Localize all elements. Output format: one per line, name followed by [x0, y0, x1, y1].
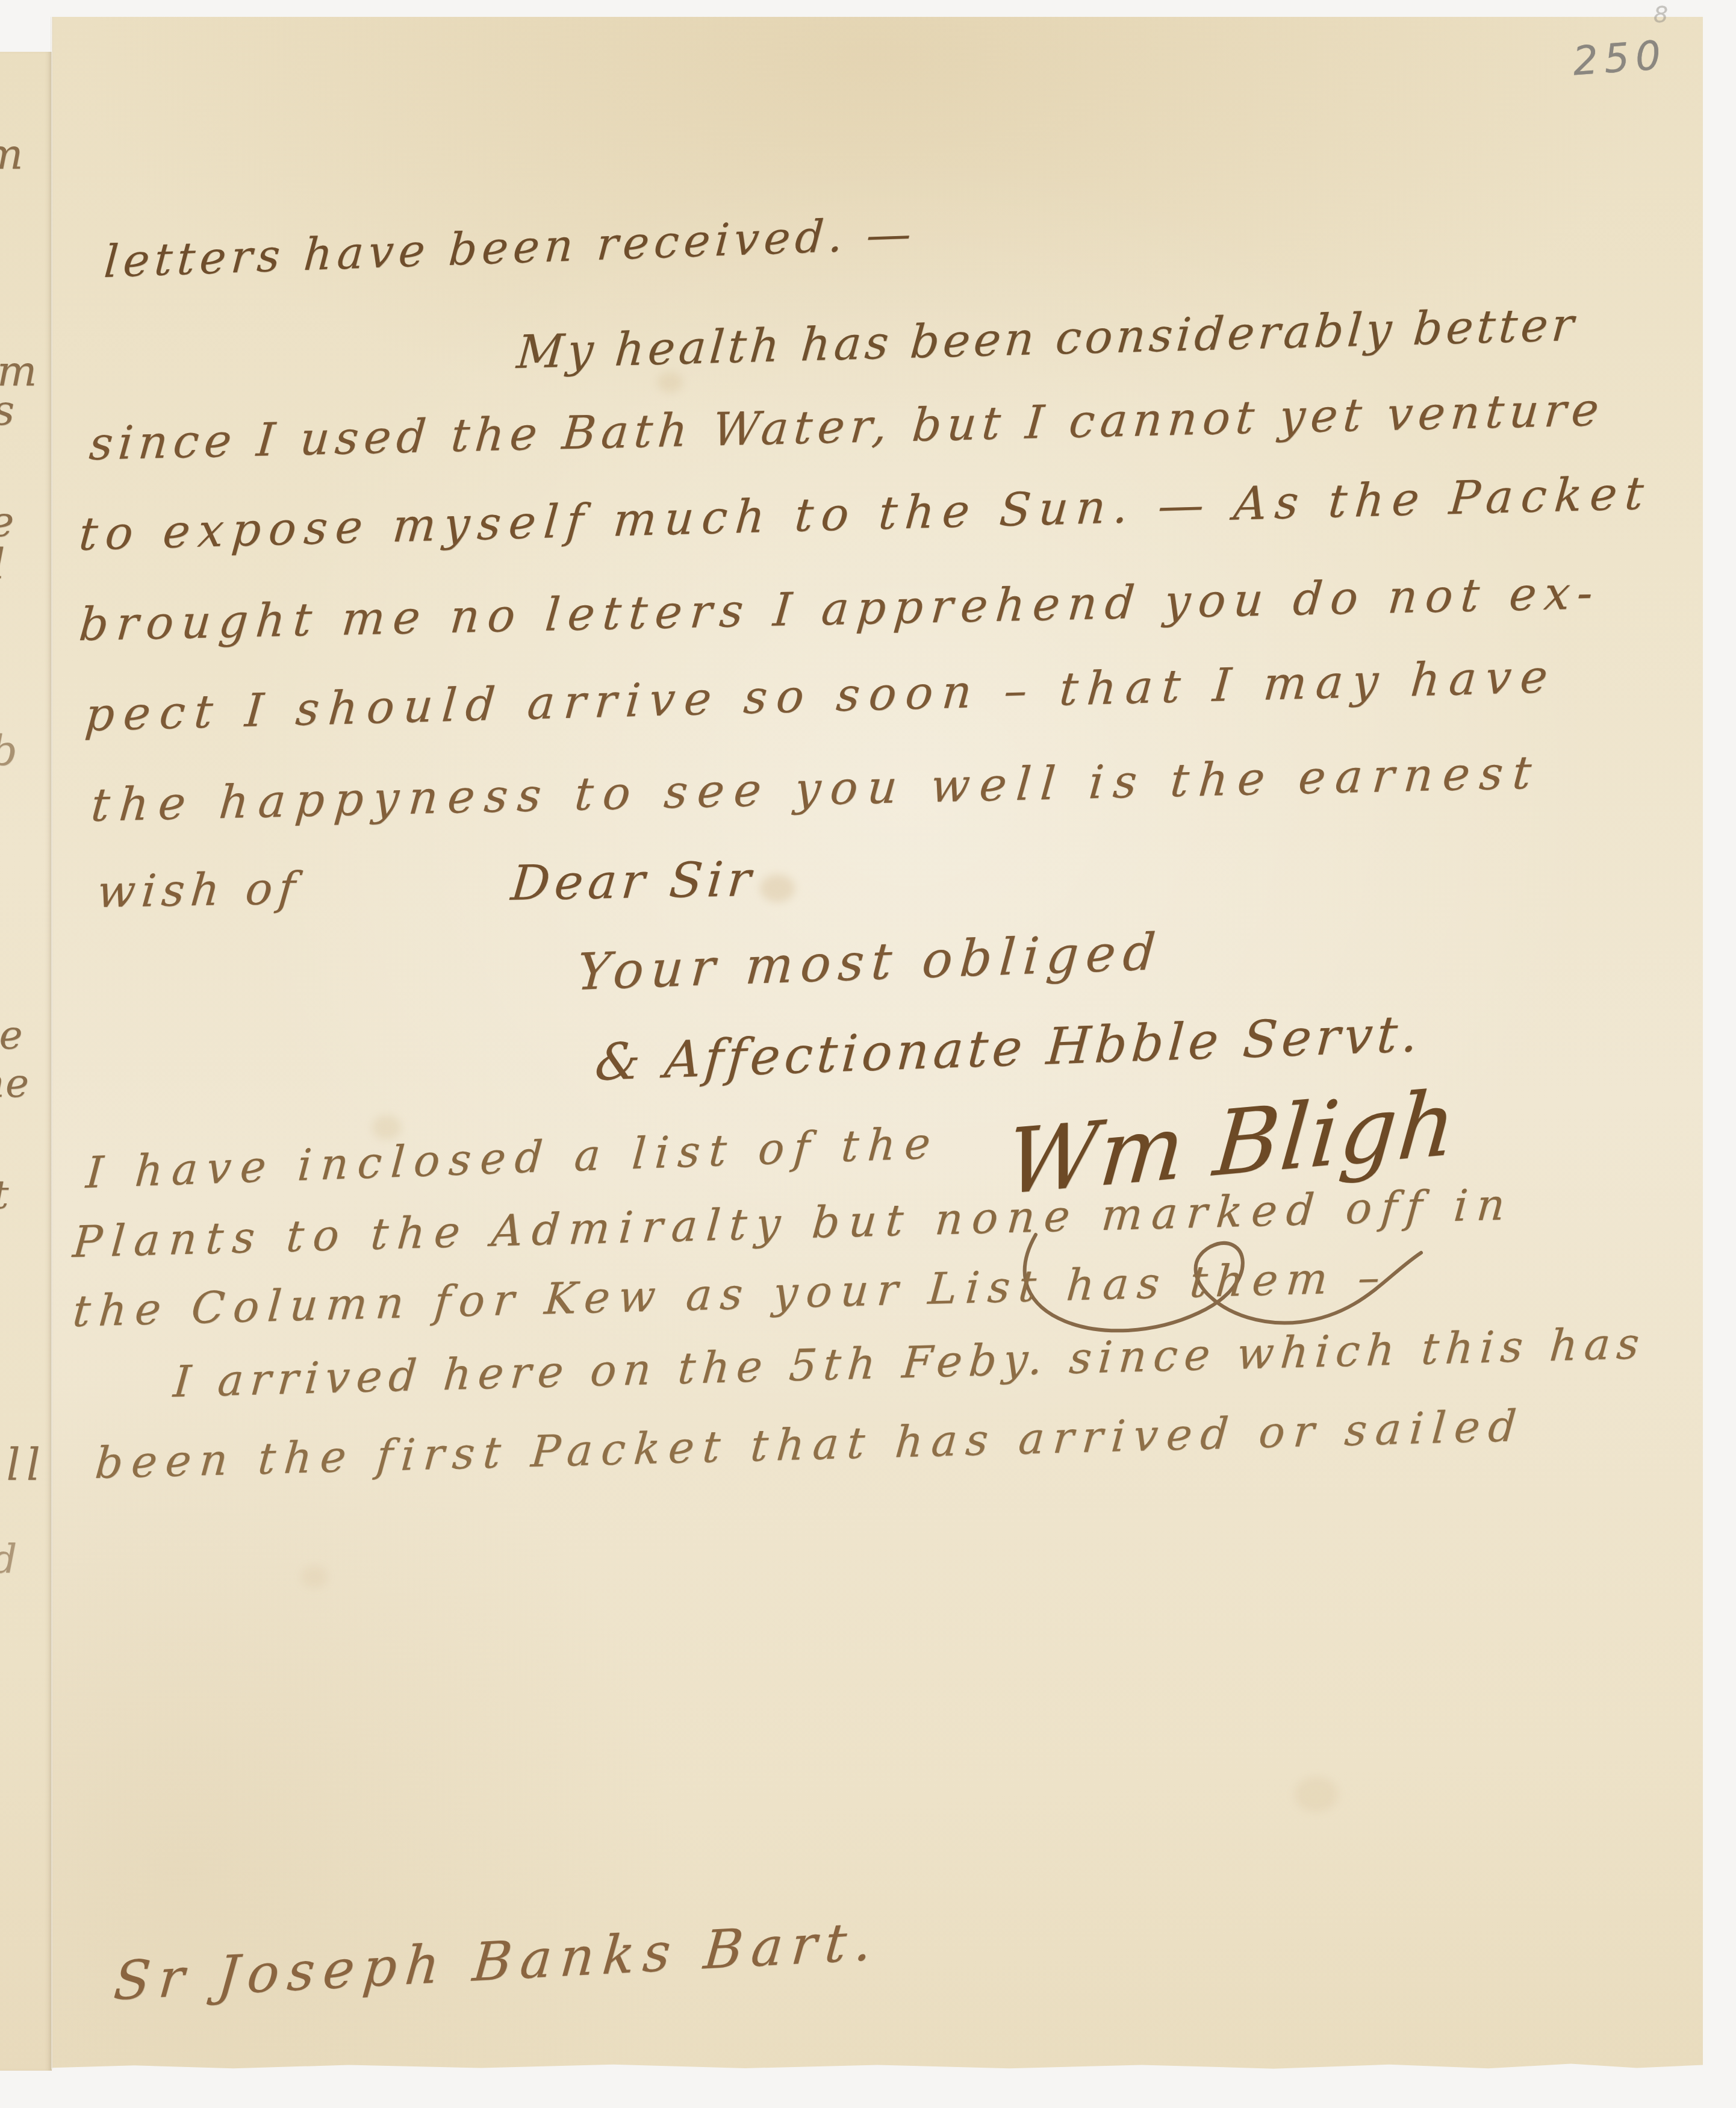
margin-fragment: ste [0, 1012, 22, 1058]
pencil-folio-number: 250 [1572, 32, 1669, 85]
margin-fragment: t [0, 1171, 9, 1218]
margin-fragment: m [0, 129, 23, 179]
margin-fragment: b [0, 726, 17, 775]
foxing-spot [760, 875, 795, 902]
letter-salutation: Dear Sir [509, 851, 758, 911]
pencil-background-mark: 8 [1654, 1, 1668, 28]
foxing-spot [301, 1566, 328, 1588]
foxing-spot [1295, 1777, 1338, 1812]
margin-fragment: ts [0, 385, 14, 435]
fold-crease [51, 17, 53, 2069]
margin-fragment: the [0, 1060, 29, 1106]
letter-body-line: wish of [95, 862, 303, 918]
margin-fragment: l [0, 539, 5, 588]
scanned-letter-page: m um ts e l b ste the t ell X d 250 8 le… [0, 0, 1736, 2108]
facing-page-edge-strip: m um ts e l b ste the t ell X d [0, 52, 52, 2071]
margin-fragment: d [0, 1536, 17, 1582]
foxing-spot [658, 372, 683, 393]
